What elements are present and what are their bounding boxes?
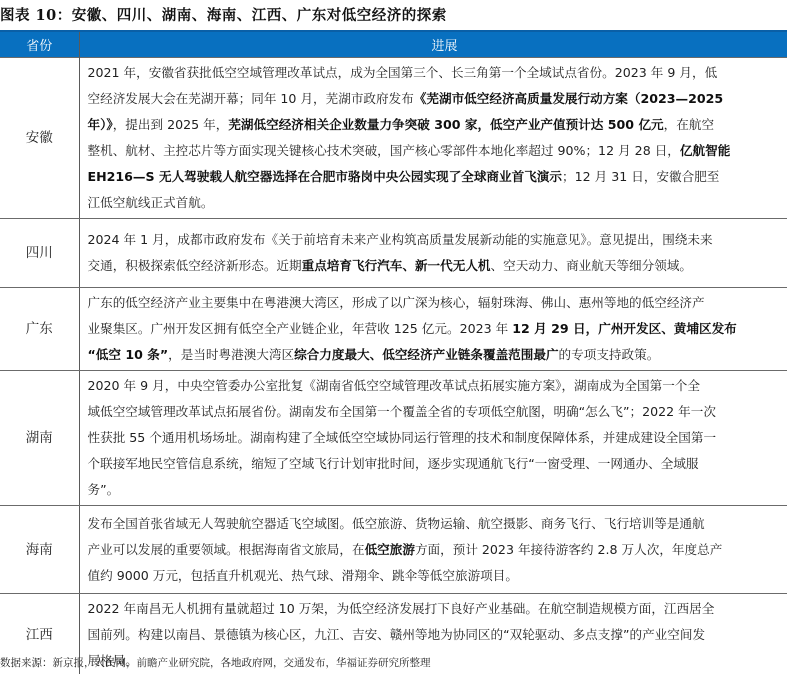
emphasis-text: 12 月 29 日，广州开发区、黄埔区发布: [512, 321, 737, 336]
progress-text-line: 产业可以发展的重要领域。根据海南省文旅局，在低空旅游方面，预计 2023 年接待…: [88, 537, 787, 563]
body-text: 值约 9000 万元，包括直升机观光、热气球、滑翔伞、跳伞等低空旅游项目。: [88, 568, 518, 583]
table-row: 四川 2024 年 1 月，成都市政府发布《关于前培育未来产业构筑高质量发展新动…: [0, 219, 787, 288]
progress-text-line: 2022 年南昌无人机拥有量就超过 10 万架，为低空经济发展打下良好产业基础。…: [88, 596, 787, 622]
progress-text-line: 2021 年，安徽省获批低空空域管理改革试点，成为全国第三个、长三角第一个全域试…: [88, 60, 787, 86]
emphasis-text: 低空旅游: [365, 542, 415, 557]
progress-text-line: 2020 年 9 月，中央空管委办公室批复《湖南省低空空域管理改革试点拓展实施方…: [88, 373, 787, 399]
progress-text-line: EH216—S 无人驾驶载人航空器选择在合肥市骆岗中央公园实现了全球商业首飞演示…: [88, 164, 787, 190]
progress-text-line: 性获批 55 个通用机场场址。湖南构建了全域低空空域协同运行管理的技术和制度保障…: [88, 425, 787, 451]
emphasis-text: 芜湖低空经济相关企业数量力争突破 300 家，低空产业产值预计达 500 亿元: [228, 117, 663, 132]
province-cell: 四川: [0, 219, 79, 288]
emphasis-text: 亿航智能: [680, 143, 730, 158]
progress-text-line: 江低空航线正式首航。: [88, 190, 787, 216]
progress-cell: 2020 年 9 月，中央空管委办公室批复《湖南省低空空域管理改革试点拓展实施方…: [79, 371, 787, 506]
progress-text-line: 值约 9000 万元，包括直升机观光、热气球、滑翔伞、跳伞等低空旅游项目。: [88, 563, 787, 589]
progress-cell: 发布全国首张省域无人驾驶航空器适飞空域图。低空旅游、货物运输、航空摄影、商务飞行…: [79, 506, 787, 594]
progress-text-line: 空经济发展大会在芜湖开幕；同年 10 月，芜湖市政府发布《芜湖市低空经济高质量发…: [88, 86, 787, 112]
body-text: 交通，积极探索低空经济新形态。近期: [88, 258, 302, 273]
body-text: ，提出到 2025 年，: [113, 117, 229, 132]
progress-cell: 广东的低空经济产业主要集中在粤港澳大湾区，形成了以广深为核心，辐射珠海、佛山、惠…: [79, 288, 787, 371]
body-text: 国前列。构建以南昌、景德镇为核心区，九江、吉安、赣州等地为协同区的“双轮驱动、多…: [88, 627, 706, 642]
body-text: 产业可以发展的重要领域。根据海南省文旅局，在: [88, 542, 365, 557]
table-header-row: 省份 进展: [0, 31, 787, 58]
body-text: 整机、航材、主控芯片等方面实现关键核心技术突破，国产核心零部件本地化率超过 90…: [88, 143, 680, 158]
progress-text-line: 域低空空域管理改革试点拓展省份。湖南发布全国第一个覆盖全省的专项低空航图，明确“…: [88, 399, 787, 425]
province-cell: 湖南: [0, 371, 79, 506]
body-text: 2022 年南昌无人机拥有量就超过 10 万架，为低空经济发展打下良好产业基础。…: [88, 601, 715, 616]
body-text: 2024 年 1 月，成都市政府发布《关于前培育未来产业构筑高质量发展新动能的实…: [88, 232, 713, 247]
progress-text-line: 年）》，提出到 2025 年，芜湖低空经济相关企业数量力争突破 300 家，低空…: [88, 112, 787, 138]
progress-text-line: “低空 10 条”，是当时粤港澳大湾区综合力度最大、低空经济产业链条覆盖范围最广…: [88, 342, 787, 368]
progress-text-line: 交通，积极探索低空经济新形态。近期重点培育飞行汽车、新一代无人机、空天动力、商业…: [88, 253, 787, 279]
table-body: 安徽 2021 年，安徽省获批低空空域管理改革试点，成为全国第三个、长三角第一个…: [0, 58, 787, 674]
body-text: ，在航空: [664, 117, 714, 132]
progress-text-line: 发布全国首张省域无人驾驶航空器适飞空域图。低空旅游、货物运输、航空摄影、商务飞行…: [88, 511, 787, 537]
body-text: 2020 年 9 月，中央空管委办公室批复《湖南省低空空域管理改革试点拓展实施方…: [88, 378, 701, 393]
progress-text-line: 整机、航材、主控芯片等方面实现关键核心技术突破，国产核心零部件本地化率超过 90…: [88, 138, 787, 164]
progress-text-line: 2024 年 1 月，成都市政府发布《关于前培育未来产业构筑高质量发展新动能的实…: [88, 227, 787, 253]
body-text: 2021 年，安徽省获批低空空域管理改革试点，成为全国第三个、长三角第一个全域试…: [88, 65, 718, 80]
body-text: 、空天动力、商业航天等细分领域。: [491, 258, 693, 273]
province-cell: 广东: [0, 288, 79, 371]
body-text: 发布全国首张省域无人驾驶航空器适飞空域图。低空旅游、货物运输、航空摄影、商务飞行…: [88, 516, 705, 531]
progress-text-line: 务”。: [88, 477, 787, 503]
emphasis-text: 重点培育飞行汽车、新一代无人机: [302, 258, 491, 273]
emphasis-text: 年）》: [88, 117, 113, 132]
table-row: 安徽 2021 年，安徽省获批低空空域管理改革试点，成为全国第三个、长三角第一个…: [0, 58, 787, 219]
province-cell: 安徽: [0, 58, 79, 219]
header-progress: 进展: [79, 31, 787, 58]
body-text: 性获批 55 个通用机场场址。湖南构建了全域低空空域协同运行管理的技术和制度保障…: [88, 430, 717, 445]
progress-text-line: 国前列。构建以南昌、景德镇为核心区，九江、吉安、赣州等地为协同区的“双轮驱动、多…: [88, 622, 787, 648]
table-row: 海南 发布全国首张省域无人驾驶航空器适飞空域图。低空旅游、货物运输、航空摄影、商…: [0, 506, 787, 594]
progress-cell: 2021 年，安徽省获批低空空域管理改革试点，成为全国第三个、长三角第一个全域试…: [79, 58, 787, 219]
table-row: 广东 广东的低空经济产业主要集中在粤港澳大湾区，形成了以广深为核心，辐射珠海、佛…: [0, 288, 787, 371]
data-source-note: 数据来源：新京报，人民网，前瞻产业研究院，各地政府网，交通发布，华福证券研究所整…: [0, 654, 431, 672]
body-text: 务”。: [88, 482, 120, 497]
body-text: ；12 月 31 日，安徽合肥至: [562, 169, 719, 184]
body-text: 方面，预计 2023 年接待游客约 2.8 万人次，年度总产: [415, 542, 722, 557]
table-row: 湖南 2020 年 9 月，中央空管委办公室批复《湖南省低空空域管理改革试点拓展…: [0, 371, 787, 506]
header-province: 省份: [0, 31, 79, 58]
figure-title: 图表 10：安徽、四川、湖南、海南、江西、广东对低空经济的探索: [0, 4, 447, 28]
province-cell: 海南: [0, 506, 79, 594]
body-text: 空经济发展大会在芜湖开幕；同年 10 月，芜湖市政府发布: [88, 91, 414, 106]
body-text: ，是当时粤港澳大湾区: [168, 347, 294, 362]
emphasis-text: 《芜湖市低空经济高质量发展行动方案（2023—2025: [414, 91, 723, 106]
body-text: 个联接军地民空管信息系统，缩短了空域飞行计划审批时间，逐步实现通航飞行“一窗受理…: [88, 456, 699, 471]
exploration-table: 省份 进展 安徽 2021 年，安徽省获批低空空域管理改革试点，成为全国第三个、…: [0, 30, 787, 674]
progress-text-line: 个联接军地民空管信息系统，缩短了空域飞行计划审批时间，逐步实现通航飞行“一窗受理…: [88, 451, 787, 477]
progress-text-line: 广东的低空经济产业主要集中在粤港澳大湾区，形成了以广深为核心，辐射珠海、佛山、惠…: [88, 290, 787, 316]
emphasis-text: EH216—S 无人驾驶载人航空器选择在合肥市骆岗中央公园实现了全球商业首飞演示: [88, 169, 562, 184]
body-text: 广东的低空经济产业主要集中在粤港澳大湾区，形成了以广深为核心，辐射珠海、佛山、惠…: [88, 295, 705, 310]
body-text: 江低空航线正式首航。: [88, 195, 214, 210]
emphasis-text: “低空 10 条”: [88, 347, 169, 362]
body-text: 域低空空域管理改革试点拓展省份。湖南发布全国第一个覆盖全省的专项低空航图，明确“…: [88, 404, 716, 419]
body-text: 的专项支持政策。: [559, 347, 660, 362]
body-text: 业聚集区。广州开发区拥有低空全产业链企业，年营收 125 亿元。2023 年: [88, 321, 513, 336]
progress-text-line: 业聚集区。广州开发区拥有低空全产业链企业，年营收 125 亿元。2023 年 1…: [88, 316, 787, 342]
emphasis-text: 综合力度最大、低空经济产业链条覆盖范围最广: [294, 347, 558, 362]
progress-cell: 2024 年 1 月，成都市政府发布《关于前培育未来产业构筑高质量发展新动能的实…: [79, 219, 787, 288]
